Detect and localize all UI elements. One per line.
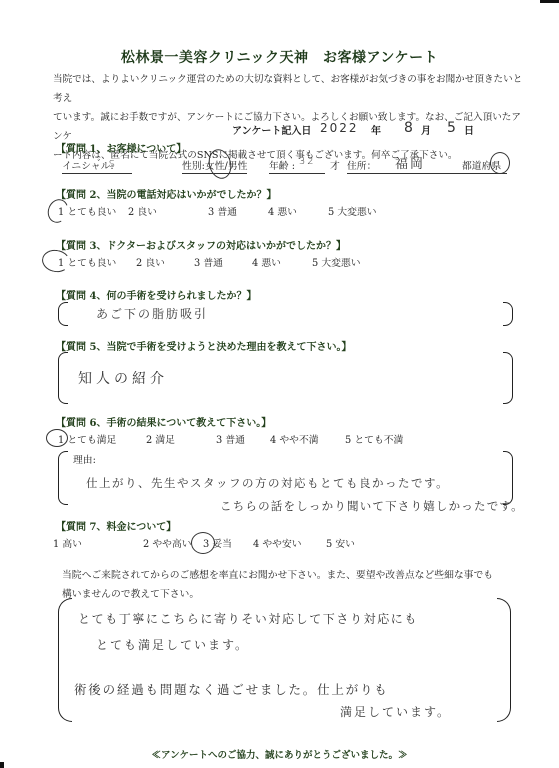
q7-option-4[interactable]: 4 やや安い	[253, 536, 302, 550]
q2-option-5[interactable]: 5 大変悪い	[328, 204, 377, 218]
q6-options: 1 とても満足 2 満足 3 普通 4 やや不満 5 とても不満	[58, 432, 478, 448]
q7-option-5[interactable]: 5 安い	[326, 536, 355, 550]
comments-bracket-right	[497, 598, 511, 722]
q2-option-2[interactable]: 2 良い	[128, 204, 157, 218]
q3-option-2[interactable]: 2 良い	[136, 255, 165, 269]
q4-answer-bracket-right	[503, 302, 513, 326]
q7-selected-circle	[191, 532, 215, 554]
intro-line: 当院では、よりよいクリニック運営のための大切な資料として、お客様がお気づきの事を…	[53, 70, 523, 108]
q2-heading: 【質問 2、当院の電話対応はいかがでしたか？】	[56, 186, 276, 201]
initial-value: ゛S	[97, 156, 117, 170]
q6-option-2[interactable]: 2 満足	[146, 432, 175, 446]
q6-option-5[interactable]: 5 とても不満	[345, 432, 403, 446]
q6-option-4[interactable]: 4 やや不満	[270, 432, 319, 446]
comments-answer-line[interactable]: 術後の経過も問題なく過ごせました。仕上がりも	[74, 680, 389, 698]
q5-answer-bracket-right	[503, 352, 513, 404]
address-label: 住所：	[347, 161, 376, 172]
q6-heading: 【質問 6、手術の結果について教えて下さい。】	[56, 414, 271, 429]
q4-answer-bracket-left	[58, 302, 68, 326]
entry-date-month[interactable]: 8	[404, 120, 413, 136]
q4-heading: 【質問 4、何の手術を受けられましたか？】	[56, 287, 256, 302]
month-unit: 月	[421, 122, 431, 137]
comments-prompt-line: 構いませんので教えて下さい。	[62, 585, 493, 604]
q3-heading: 【質問 3、ドクターおよびスタッフの対応はいかがでしたか？】	[56, 237, 346, 252]
q2-options: 1 とても良い 2 良い 3 普通 4 悪い 5 大変悪い	[58, 204, 478, 220]
age-label: 年齢 :	[269, 161, 295, 172]
comments-prompt: 当院へご来院されてからのご感想を率直にお聞かせ下さい。また、要望や改善点など些細…	[62, 566, 493, 604]
q6-reason-line[interactable]: 仕上がり、先生やスタッフの方の対応もとても良かったです。	[86, 475, 449, 491]
q5-answer-bracket-left	[58, 352, 68, 404]
q1-heading: 【質問 1、お客様について】	[56, 140, 186, 155]
thanks-footer: ≪アンケートへのご協力、誠にありがとうございました。≫	[0, 747, 559, 761]
comments-answer-line[interactable]: とても満足しています。	[96, 636, 249, 653]
q2-option-4[interactable]: 4 悪い	[268, 204, 297, 218]
entry-date-row: アンケート記入日 2022 年 8 月 5 日	[232, 122, 532, 137]
survey-title: 松林景一美容クリニック天神 お客様アンケート	[0, 47, 559, 67]
age-value: 32	[299, 156, 315, 167]
entry-date-year[interactable]: 2022	[320, 121, 359, 135]
q1-customer-info: イニシャル: ゛S 性別:女性/男性 年齢 : 32 才 住所： 福岡 都道府県	[62, 158, 542, 176]
q6-reason-bracket-right	[503, 451, 513, 505]
comments-prompt-line: 当院へご来院されてからのご感想を率直にお聞かせ下さい。また、要望や改善点など些細…	[62, 566, 493, 585]
comments-answer-line[interactable]: とても丁寧にこちらに寄りそい対応して下さり対応にも	[78, 610, 418, 627]
initial-field[interactable]: イニシャル: ゛S	[62, 158, 132, 174]
comments-answer-line[interactable]: 満足しています。	[340, 703, 451, 720]
q2-option-3[interactable]: 3 普通	[208, 204, 237, 218]
q6-reason-line[interactable]: こちらの話をしっかり聞いて下さり嬉しかったです。	[220, 498, 524, 514]
prefecture-selected-circle	[490, 152, 510, 174]
year-unit: 年	[371, 122, 381, 137]
q5-answer[interactable]: 知人の紹介	[78, 368, 168, 388]
entry-date-day[interactable]: 5	[447, 120, 456, 136]
entry-date-label: アンケート記入日	[232, 126, 311, 137]
q5-heading: 【質問 5、当院で手術を受けようと決めた理由を教えて下さい。】	[56, 338, 351, 353]
prefecture-label: 都道府	[462, 161, 491, 172]
q7-option-2[interactable]: 2 やや高い	[143, 536, 192, 550]
age-unit: 才	[330, 158, 340, 172]
scan-mark-bottom-left	[0, 762, 4, 768]
q7-options: 1 高い 2 やや高い 3 妥当 4 やや安い 5 安い	[53, 536, 473, 552]
gender-label: 性別:	[182, 161, 205, 172]
address-value: 福岡	[395, 153, 425, 172]
q3-option-3[interactable]: 3 普通	[194, 255, 223, 269]
age-field[interactable]: 年齢 : 32	[269, 158, 325, 174]
scan-mark-top-right	[540, 0, 559, 3]
q3-option-4[interactable]: 4 悪い	[252, 255, 281, 269]
q3-option-5[interactable]: 5 大変悪い	[312, 255, 361, 269]
day-unit: 日	[464, 122, 474, 137]
address-field[interactable]: 住所： 福岡 都道府県	[347, 158, 507, 174]
q6-selected-circle	[46, 429, 68, 447]
q7-heading: 【質問 7、料金について】	[56, 518, 176, 533]
q4-answer[interactable]: あご下の脂肪吸引	[96, 305, 208, 322]
q6-option-3[interactable]: 3 普通	[216, 432, 245, 446]
q6-reason-bracket-left	[58, 451, 68, 505]
q3-options: 1 とても良い 2 良い 3 普通 4 悪い 5 大変悪い	[58, 255, 478, 271]
comments-bracket-left	[58, 598, 72, 722]
q7-option-1[interactable]: 1 高い	[53, 536, 82, 550]
q6-reason-label: 理由:	[73, 452, 96, 466]
